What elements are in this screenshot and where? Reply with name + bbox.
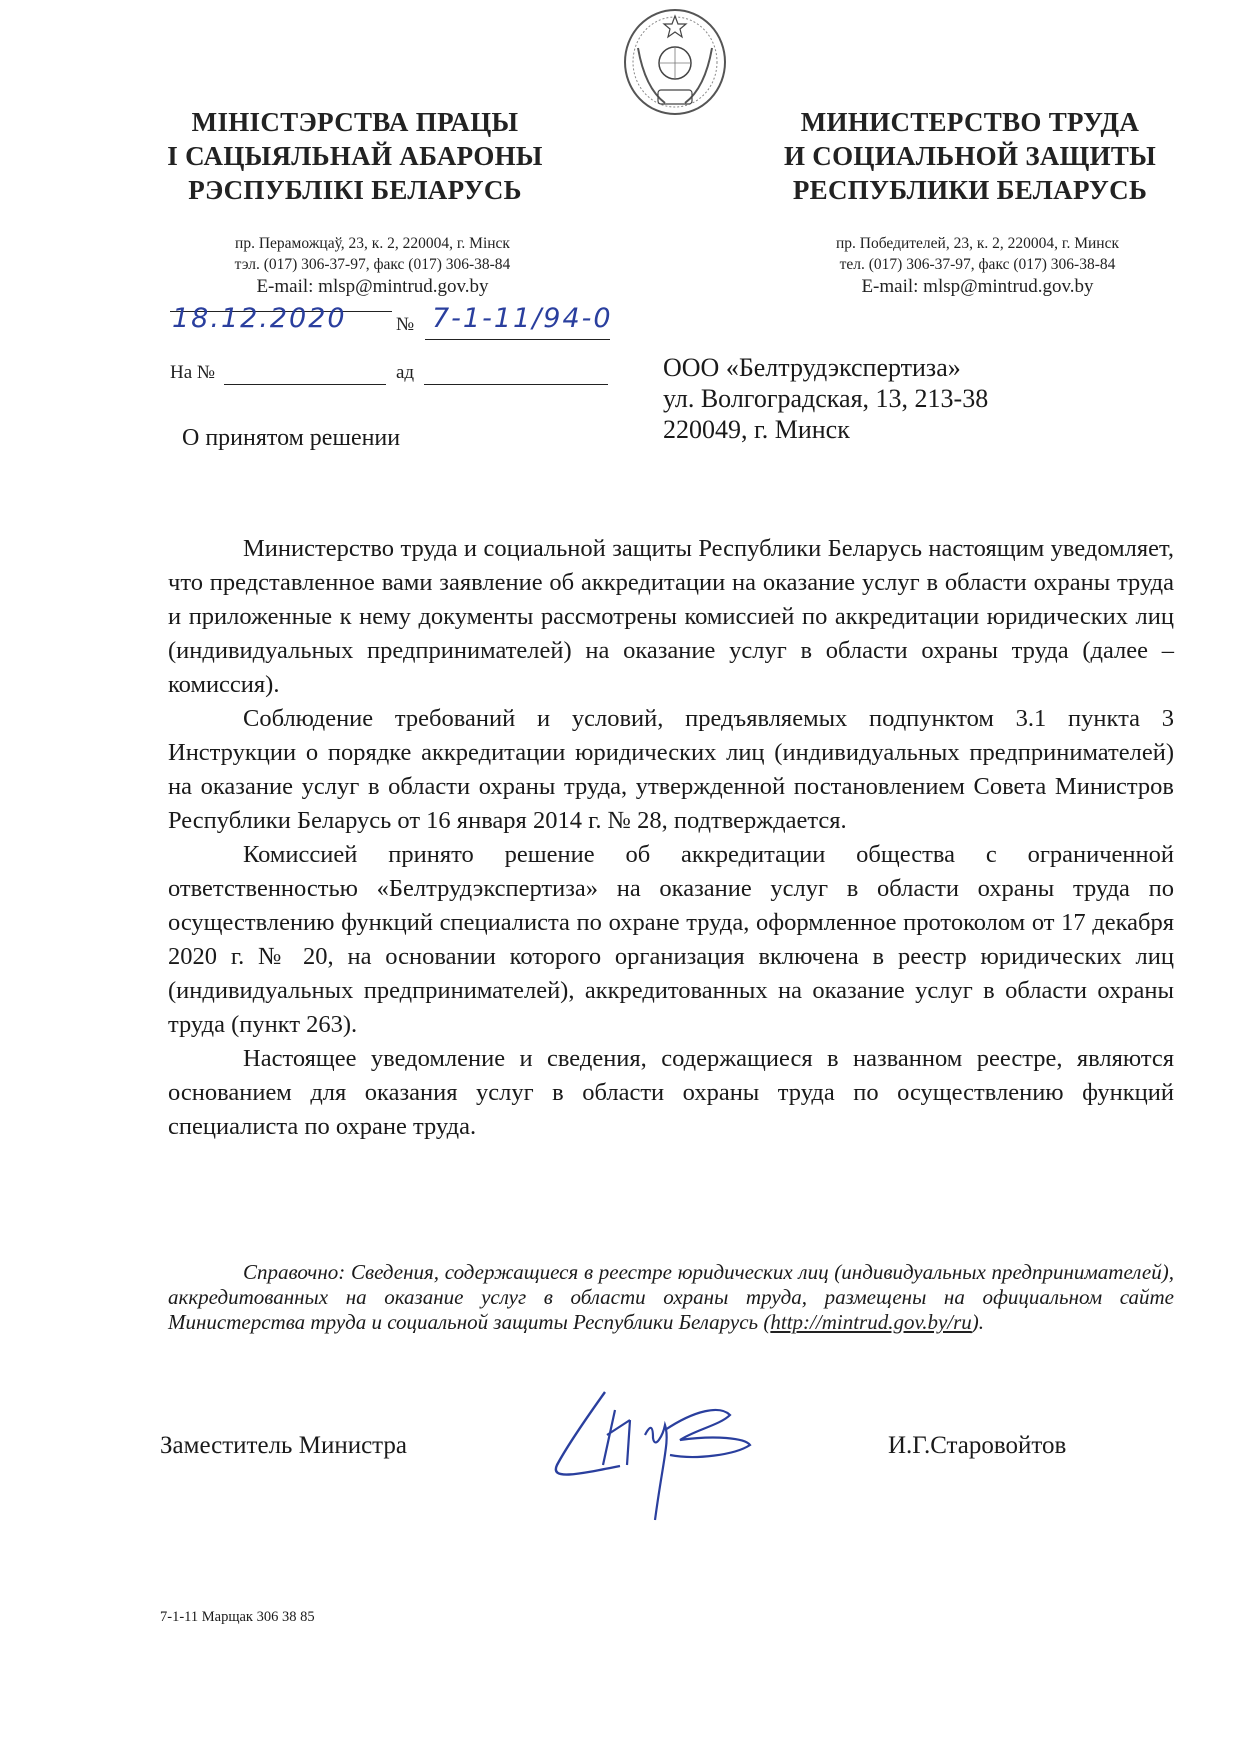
title-line: И СОЦИАЛЬНОЙ ЗАЩИТЫ — [765, 139, 1175, 173]
address-line: пр. Пераможцаў, 23, к. 2, 220004, г. Мін… — [175, 233, 570, 254]
email-line: E-mail: mlsp@mintrud.gov.by — [780, 275, 1175, 299]
registration-date: 18.12.2020 — [172, 303, 347, 334]
phone-line: тел. (017) 306-37-97, факс (017) 306-38-… — [780, 254, 1175, 275]
address-line: пр. Победителей, 23, к. 2, 220004, г. Ми… — [780, 233, 1175, 254]
recipient-block: ООО «Белтрудэкспертиза» ул. Волгоградска… — [663, 352, 988, 445]
title-line: МИНИСТЕРСТВО ТРУДА — [765, 105, 1175, 139]
coat-of-arms-icon — [620, 8, 730, 116]
ministry-website-link[interactable]: http://mintrud.gov.by/ru — [770, 1310, 971, 1334]
ministry-title-belarusian: МІНІСТЭРСТВА ПРАЦЫ І САЦЫЯЛЬНАЙ АБАРОНЫ … — [150, 105, 560, 207]
recipient-street: ул. Волгоградская, 13, 213-38 — [663, 383, 988, 414]
subject-line: О принятом решении — [182, 425, 400, 452]
address-block-belarusian: пр. Пераможцаў, 23, к. 2, 220004, г. Мін… — [175, 233, 570, 299]
ministry-title-russian: МИНИСТЕРСТВО ТРУДА И СОЦИАЛЬНОЙ ЗАЩИТЫ Р… — [765, 105, 1175, 207]
body-paragraph: Министерство труда и социальной защиты Р… — [168, 532, 1174, 702]
title-line: І САЦЫЯЛЬНАЙ АБАРОНЫ — [150, 139, 560, 173]
email-line: E-mail: mlsp@mintrud.gov.by — [175, 275, 570, 299]
note-text: Справочно: Сведения, содержащиеся в реес… — [168, 1260, 1174, 1334]
number-label: № — [396, 314, 414, 336]
title-line: РЭСПУБЛІКІ БЕЛАРУСЬ — [150, 173, 560, 207]
reference-note: Справочно: Сведения, содержащиеся в реес… — [168, 1260, 1174, 1335]
title-line: МІНІСТЭРСТВА ПРАЦЫ — [150, 105, 560, 139]
body-paragraph: Комиссией принято решение об аккредитаци… — [168, 838, 1174, 1042]
handwritten-signature-icon — [545, 1380, 805, 1530]
title-line: РЕСПУБЛИКИ БЕЛАРУСЬ — [765, 173, 1175, 207]
recipient-name: ООО «Белтрудэкспертиза» — [663, 352, 988, 383]
reference-label: На № — [170, 362, 215, 384]
note-suffix: ). — [972, 1310, 984, 1334]
executor-footer: 7-1-11 Марщак 306 38 85 — [160, 1609, 315, 1626]
letter-body: Министерство труда и социальной защиты Р… — [168, 532, 1174, 1144]
address-block-russian: пр. Победителей, 23, к. 2, 220004, г. Ми… — [780, 233, 1175, 299]
body-paragraph: Настоящее уведомление и сведения, содерж… — [168, 1042, 1174, 1144]
reference-date-underline — [424, 384, 608, 385]
reference-underline — [224, 384, 386, 385]
recipient-city: 220049, г. Минск — [663, 414, 988, 445]
body-paragraph: Соблюдение требований и условий, предъяв… — [168, 702, 1174, 838]
reference-from-label: ад — [396, 362, 414, 384]
number-underline — [425, 339, 610, 340]
signatory-title: Заместитель Министра — [160, 1432, 407, 1460]
signatory-name: И.Г.Старовойтов — [888, 1432, 1066, 1460]
phone-line: тэл. (017) 306-37-97, факс (017) 306-38-… — [175, 254, 570, 275]
registration-number: 7-1-11/94-0 — [432, 303, 613, 334]
